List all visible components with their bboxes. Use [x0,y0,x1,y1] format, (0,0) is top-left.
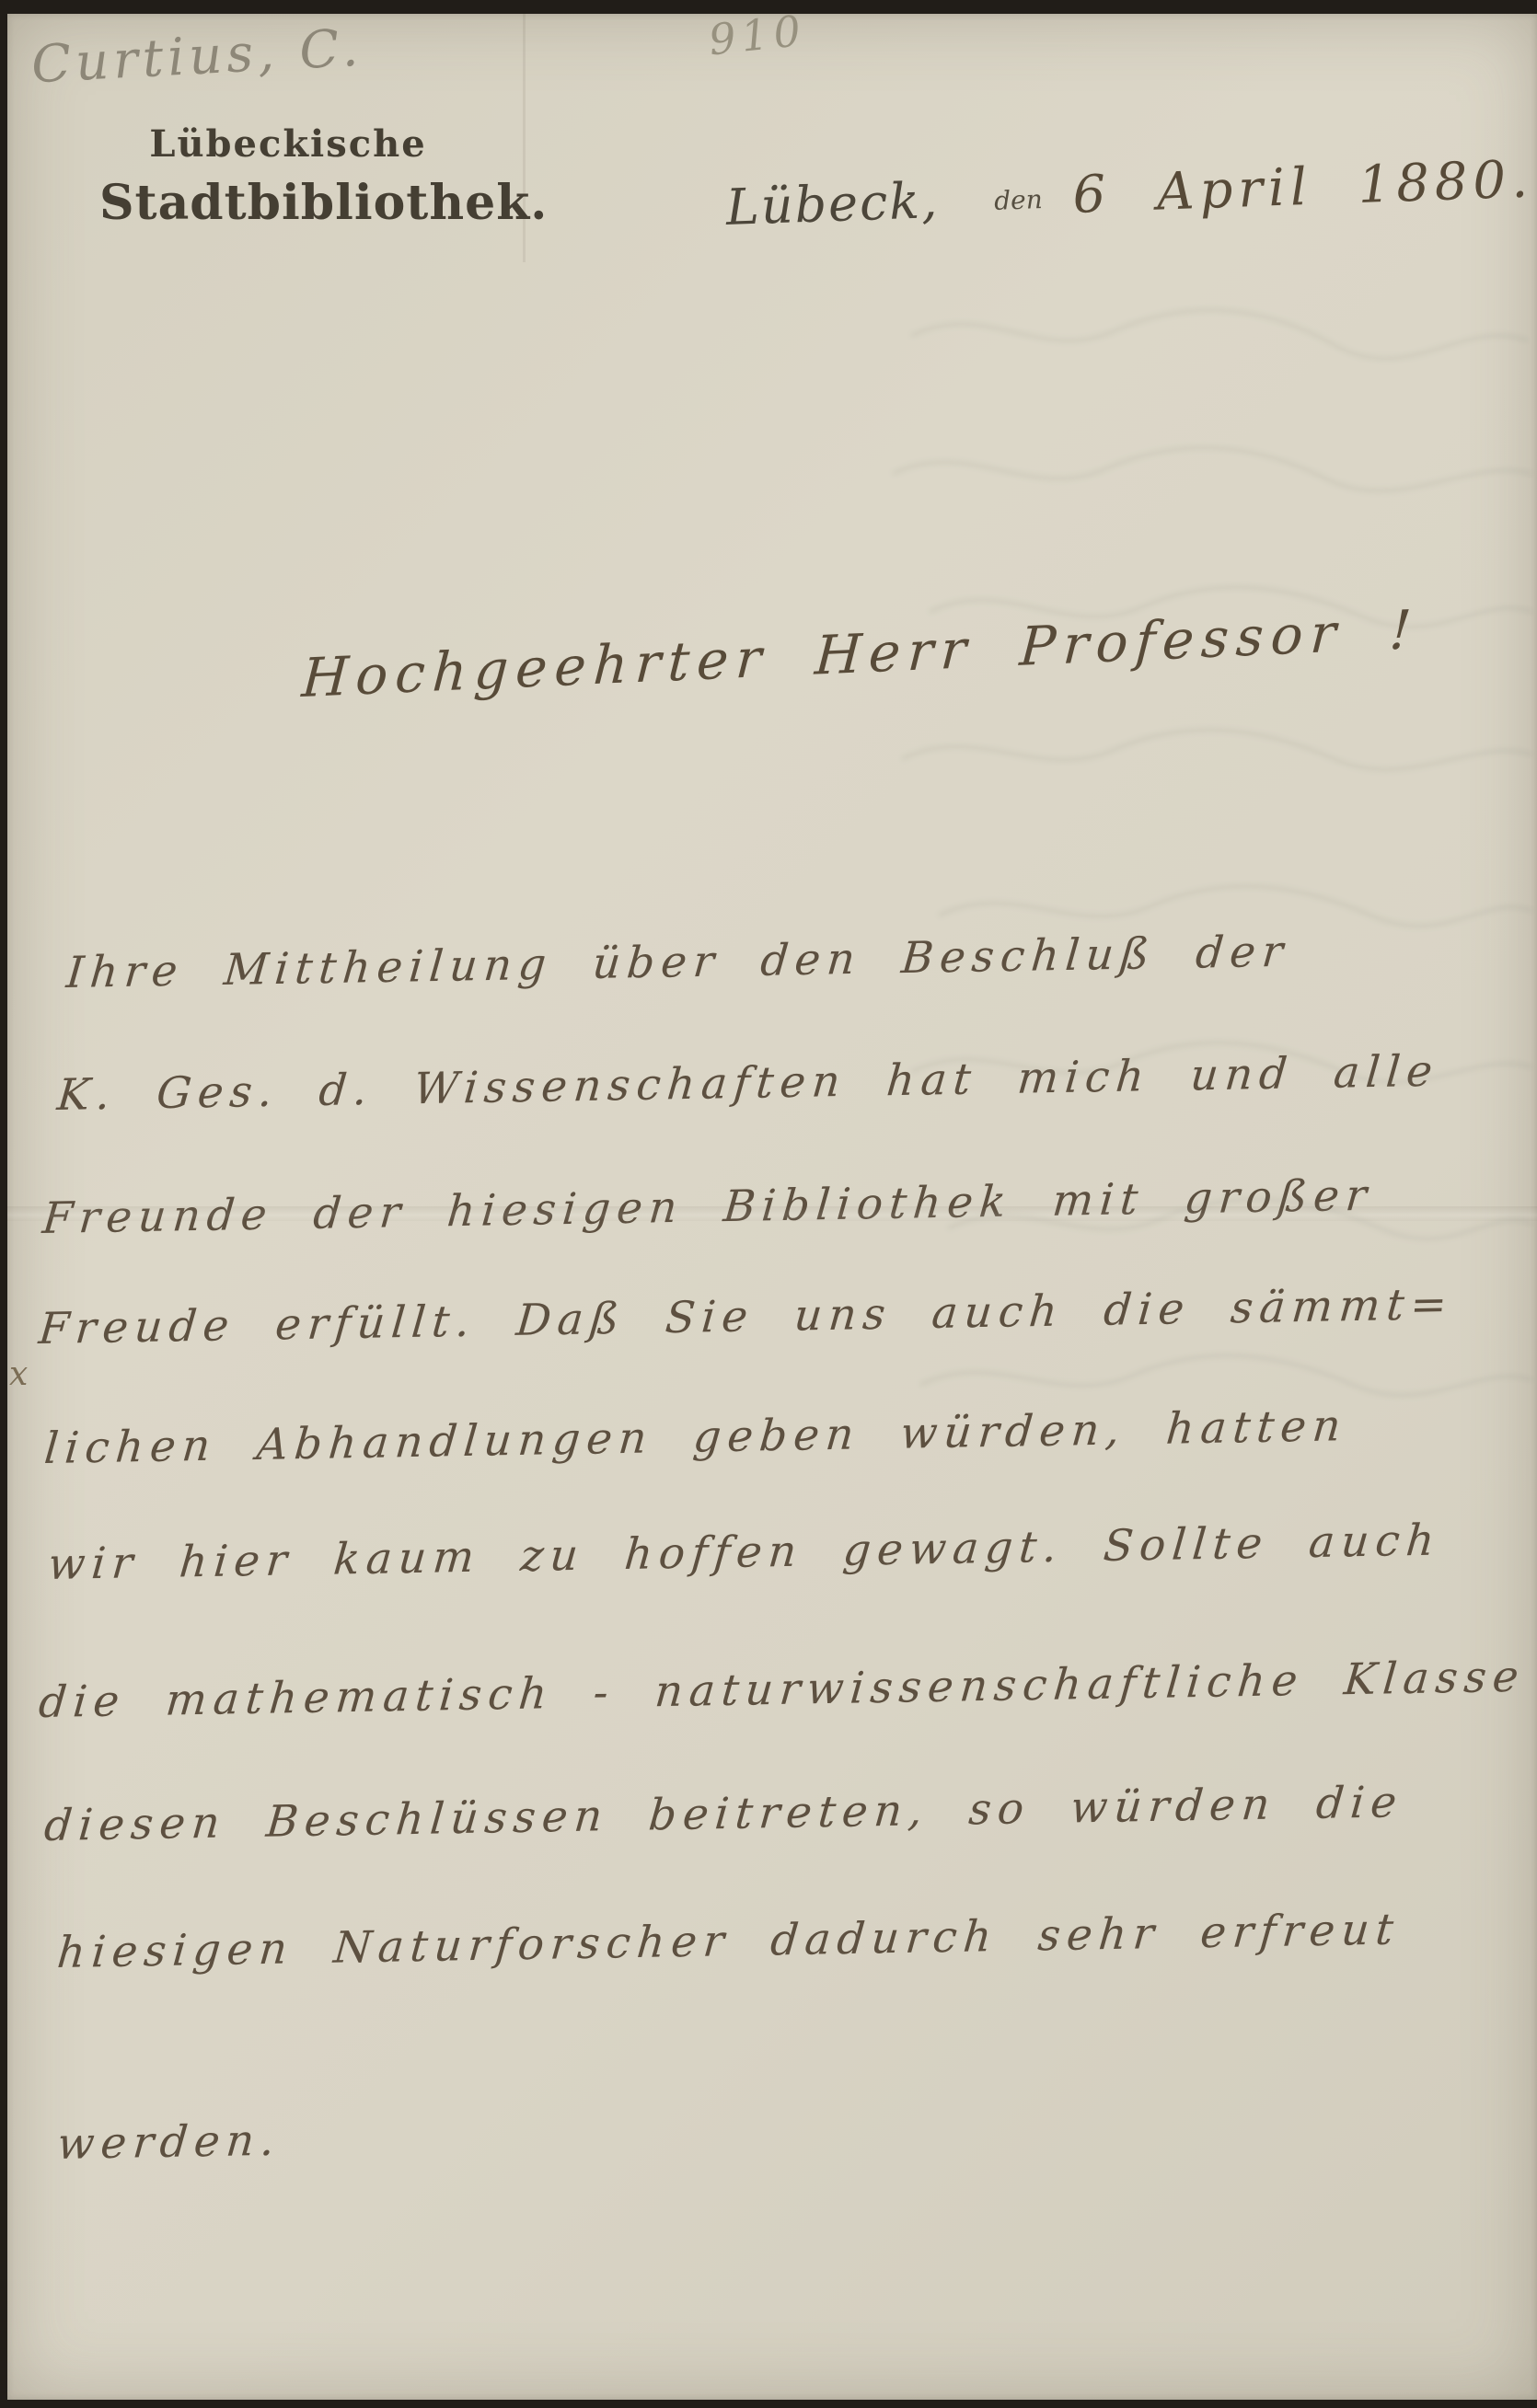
margin-insertion-mark: x [9,1355,28,1393]
pencil-annotation-page-number: 910 [706,6,808,65]
body-line: K. Ges. d. Wissenschaften hat mich und a… [55,1046,1441,1121]
dateline-printed-den: den [994,184,1044,216]
body-line: Freunde der hiesigen Bibliothek mit groß… [40,1170,1375,1244]
dateline-handwritten-date: 6 April 1880. [1072,149,1534,225]
letterhead: Lübeckische Stadtbibliothek. [99,122,477,231]
letterhead-line1: Lübeckische [99,122,477,166]
letter-page: Curtius, C. 910 Lübeckische Stadtbibliot… [7,14,1537,2400]
dateline: Lübeck, den 6 April 1880. [725,149,1534,237]
body-line: wir hier kaum zu hoffen gewagt. Sollte a… [46,1515,1443,1590]
dateline-printed-place: Lübeck, [725,171,940,236]
scanned-letter: Curtius, C. 910 Lübeckische Stadtbibliot… [0,0,1537,2408]
body-line: Ihre Mittheilung über den Beschluß der [64,927,1291,998]
body-line: hiesigen Naturforscher dadurch sehr erfr… [55,1904,1402,1978]
salutation: Hochgeehrter Herr Professor ! [300,598,1420,709]
body-line: lichen Abhandlungen geben würden, hatten [42,1400,1349,1474]
body-line: diesen Beschlüssen beitreten, so würden … [42,1777,1405,1851]
letterhead-line2: Stadtbibliothek. [99,175,477,231]
body-line: werden. [55,2115,283,2170]
body-line: die mathematisch - naturwissenschaftlich… [37,1652,1527,1728]
body-line: Freude erfüllt. Daß Sie uns auch die säm… [37,1279,1455,1354]
pencil-annotation-author: Curtius, C. [30,18,364,96]
